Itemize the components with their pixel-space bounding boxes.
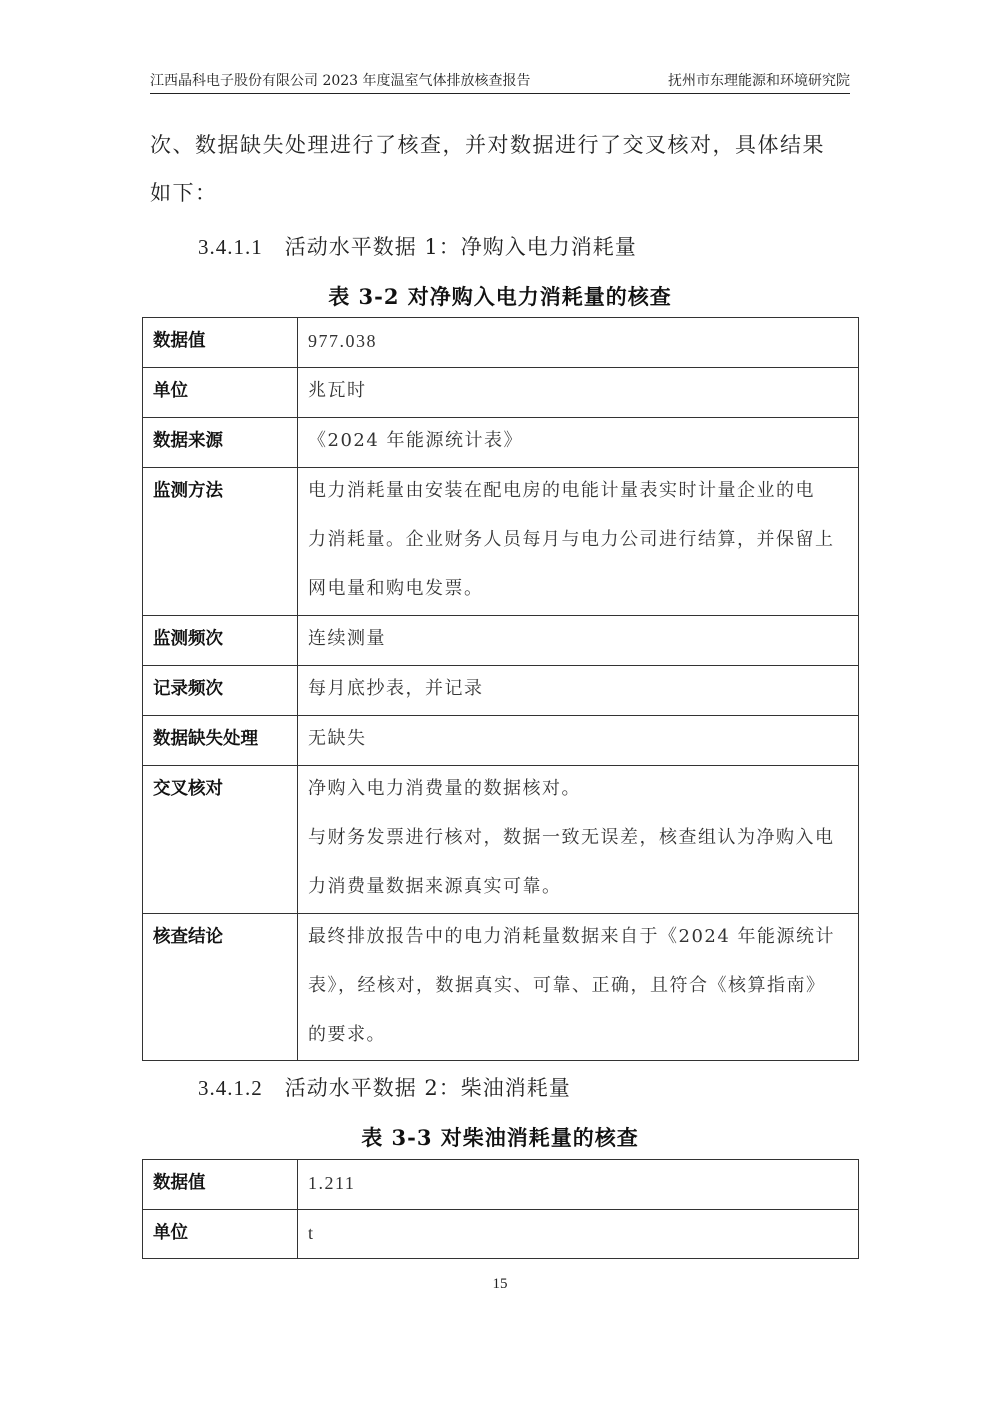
table-row: 数据值 1.211 xyxy=(143,1160,859,1210)
table-row: 数据值 977.038 xyxy=(143,318,859,368)
table-caption-3-2: 表 3-2 对净购入电力消耗量的核查 xyxy=(0,281,1000,311)
row-label: 监测方法 xyxy=(143,468,298,616)
value-line: 与财务发票进行核对，数据一致无误差，核查组认为净购入电 xyxy=(308,826,848,875)
row-label: 记录频次 xyxy=(143,666,298,716)
header-organization: 抚州市东理能源和环境研究院 xyxy=(668,70,850,90)
row-value: 977.038 xyxy=(298,318,859,368)
row-label: 数据来源 xyxy=(143,418,298,468)
row-label: 数据缺失处理 xyxy=(143,716,298,766)
value-line: 无缺失 xyxy=(308,727,848,751)
row-label: 数据值 xyxy=(143,1160,298,1210)
value-line: 净购入电力消费量的数据核对。 xyxy=(308,777,848,826)
value-line: 兆瓦时 xyxy=(308,379,848,403)
table-row: 数据缺失处理 无缺失 xyxy=(143,716,859,766)
row-value: t xyxy=(298,1210,859,1259)
intro-line-2: 如下： xyxy=(150,169,850,217)
value-line: 977.038 xyxy=(308,329,848,353)
row-label: 核查结论 xyxy=(143,914,298,1061)
table-electricity-verification: 数据值 977.038 单位 兆瓦时 数据来源 《2024 年能源统计表》 监测… xyxy=(142,317,859,1061)
value-line: 连续测量 xyxy=(308,627,848,651)
row-label: 单位 xyxy=(143,1210,298,1259)
value-line: 1.211 xyxy=(308,1171,848,1195)
value-line: 《2024 年能源统计表》 xyxy=(308,429,848,453)
table-diesel-verification: 数据值 1.211 单位 t xyxy=(142,1159,859,1259)
value-line: 每月底抄表，并记录 xyxy=(308,677,848,701)
row-value: 净购入电力消费量的数据核对。 与财务发票进行核对，数据一致无误差，核查组认为净购… xyxy=(298,766,859,914)
table-caption-3-3: 表 3-3 对柴油消耗量的核查 xyxy=(0,1122,1000,1152)
value-line: 表》，经核对，数据真实、可靠、正确，且符合《核算指南》 xyxy=(308,974,848,1023)
value-line: 最终排放报告中的电力消耗量数据来自于《2024 年能源统计 xyxy=(308,925,848,974)
row-label: 交叉核对 xyxy=(143,766,298,914)
value-line: 力消耗量。企业财务人员每月与电力公司进行结算，并保留上 xyxy=(308,528,848,577)
section-heading-3-4-1-2: 3.4.1.2活动水平数据 2：柴油消耗量 xyxy=(198,1072,571,1102)
row-value: 连续测量 xyxy=(298,616,859,666)
intro-line-1: 次、数据缺失处理进行了核查，并对数据进行了交叉核对，具体结果 xyxy=(150,121,850,169)
intro-paragraph: 次、数据缺失处理进行了核查，并对数据进行了交叉核对，具体结果 如下： xyxy=(150,121,850,217)
row-value: 无缺失 xyxy=(298,716,859,766)
row-label: 监测频次 xyxy=(143,616,298,666)
table-row: 记录频次 每月底抄表，并记录 xyxy=(143,666,859,716)
section-heading-3-4-1-1: 3.4.1.1活动水平数据 1：净购入电力消耗量 xyxy=(198,231,637,261)
page-number: 15 xyxy=(0,1276,1000,1293)
row-value: 每月底抄表，并记录 xyxy=(298,666,859,716)
row-value: 1.211 xyxy=(298,1160,859,1210)
section-number: 3.4.1.2 xyxy=(198,1076,263,1100)
table-row: 监测方法 电力消耗量由安装在配电房的电能计量表实时计量企业的电 力消耗量。企业财… xyxy=(143,468,859,616)
table-row: 数据来源 《2024 年能源统计表》 xyxy=(143,418,859,468)
page-header: 江西晶科电子股份有限公司 2023 年度温室气体排放核查报告 抚州市东理能源和环… xyxy=(150,70,850,94)
row-label: 单位 xyxy=(143,368,298,418)
value-line: t xyxy=(308,1221,848,1245)
table-row: 单位 t xyxy=(143,1210,859,1259)
table-row: 单位 兆瓦时 xyxy=(143,368,859,418)
value-line: 电力消耗量由安装在配电房的电能计量表实时计量企业的电 xyxy=(308,479,848,528)
row-value: 兆瓦时 xyxy=(298,368,859,418)
table-row: 核查结论 最终排放报告中的电力消耗量数据来自于《2024 年能源统计 表》，经核… xyxy=(143,914,859,1061)
row-value: 《2024 年能源统计表》 xyxy=(298,418,859,468)
value-line: 力消费量数据来源真实可靠。 xyxy=(308,875,848,899)
value-line: 的要求。 xyxy=(308,1023,848,1047)
row-value: 最终排放报告中的电力消耗量数据来自于《2024 年能源统计 表》，经核对，数据真… xyxy=(298,914,859,1061)
header-report-title: 江西晶科电子股份有限公司 2023 年度温室气体排放核查报告 xyxy=(150,70,531,90)
section-title: 活动水平数据 1：净购入电力消耗量 xyxy=(285,235,637,259)
value-line: 网电量和购电发票。 xyxy=(308,577,848,601)
table-row: 监测频次 连续测量 xyxy=(143,616,859,666)
section-number: 3.4.1.1 xyxy=(198,235,263,259)
row-value: 电力消耗量由安装在配电房的电能计量表实时计量企业的电 力消耗量。企业财务人员每月… xyxy=(298,468,859,616)
section-title: 活动水平数据 2：柴油消耗量 xyxy=(285,1076,571,1100)
row-label: 数据值 xyxy=(143,318,298,368)
table-row: 交叉核对 净购入电力消费量的数据核对。 与财务发票进行核对，数据一致无误差，核查… xyxy=(143,766,859,914)
